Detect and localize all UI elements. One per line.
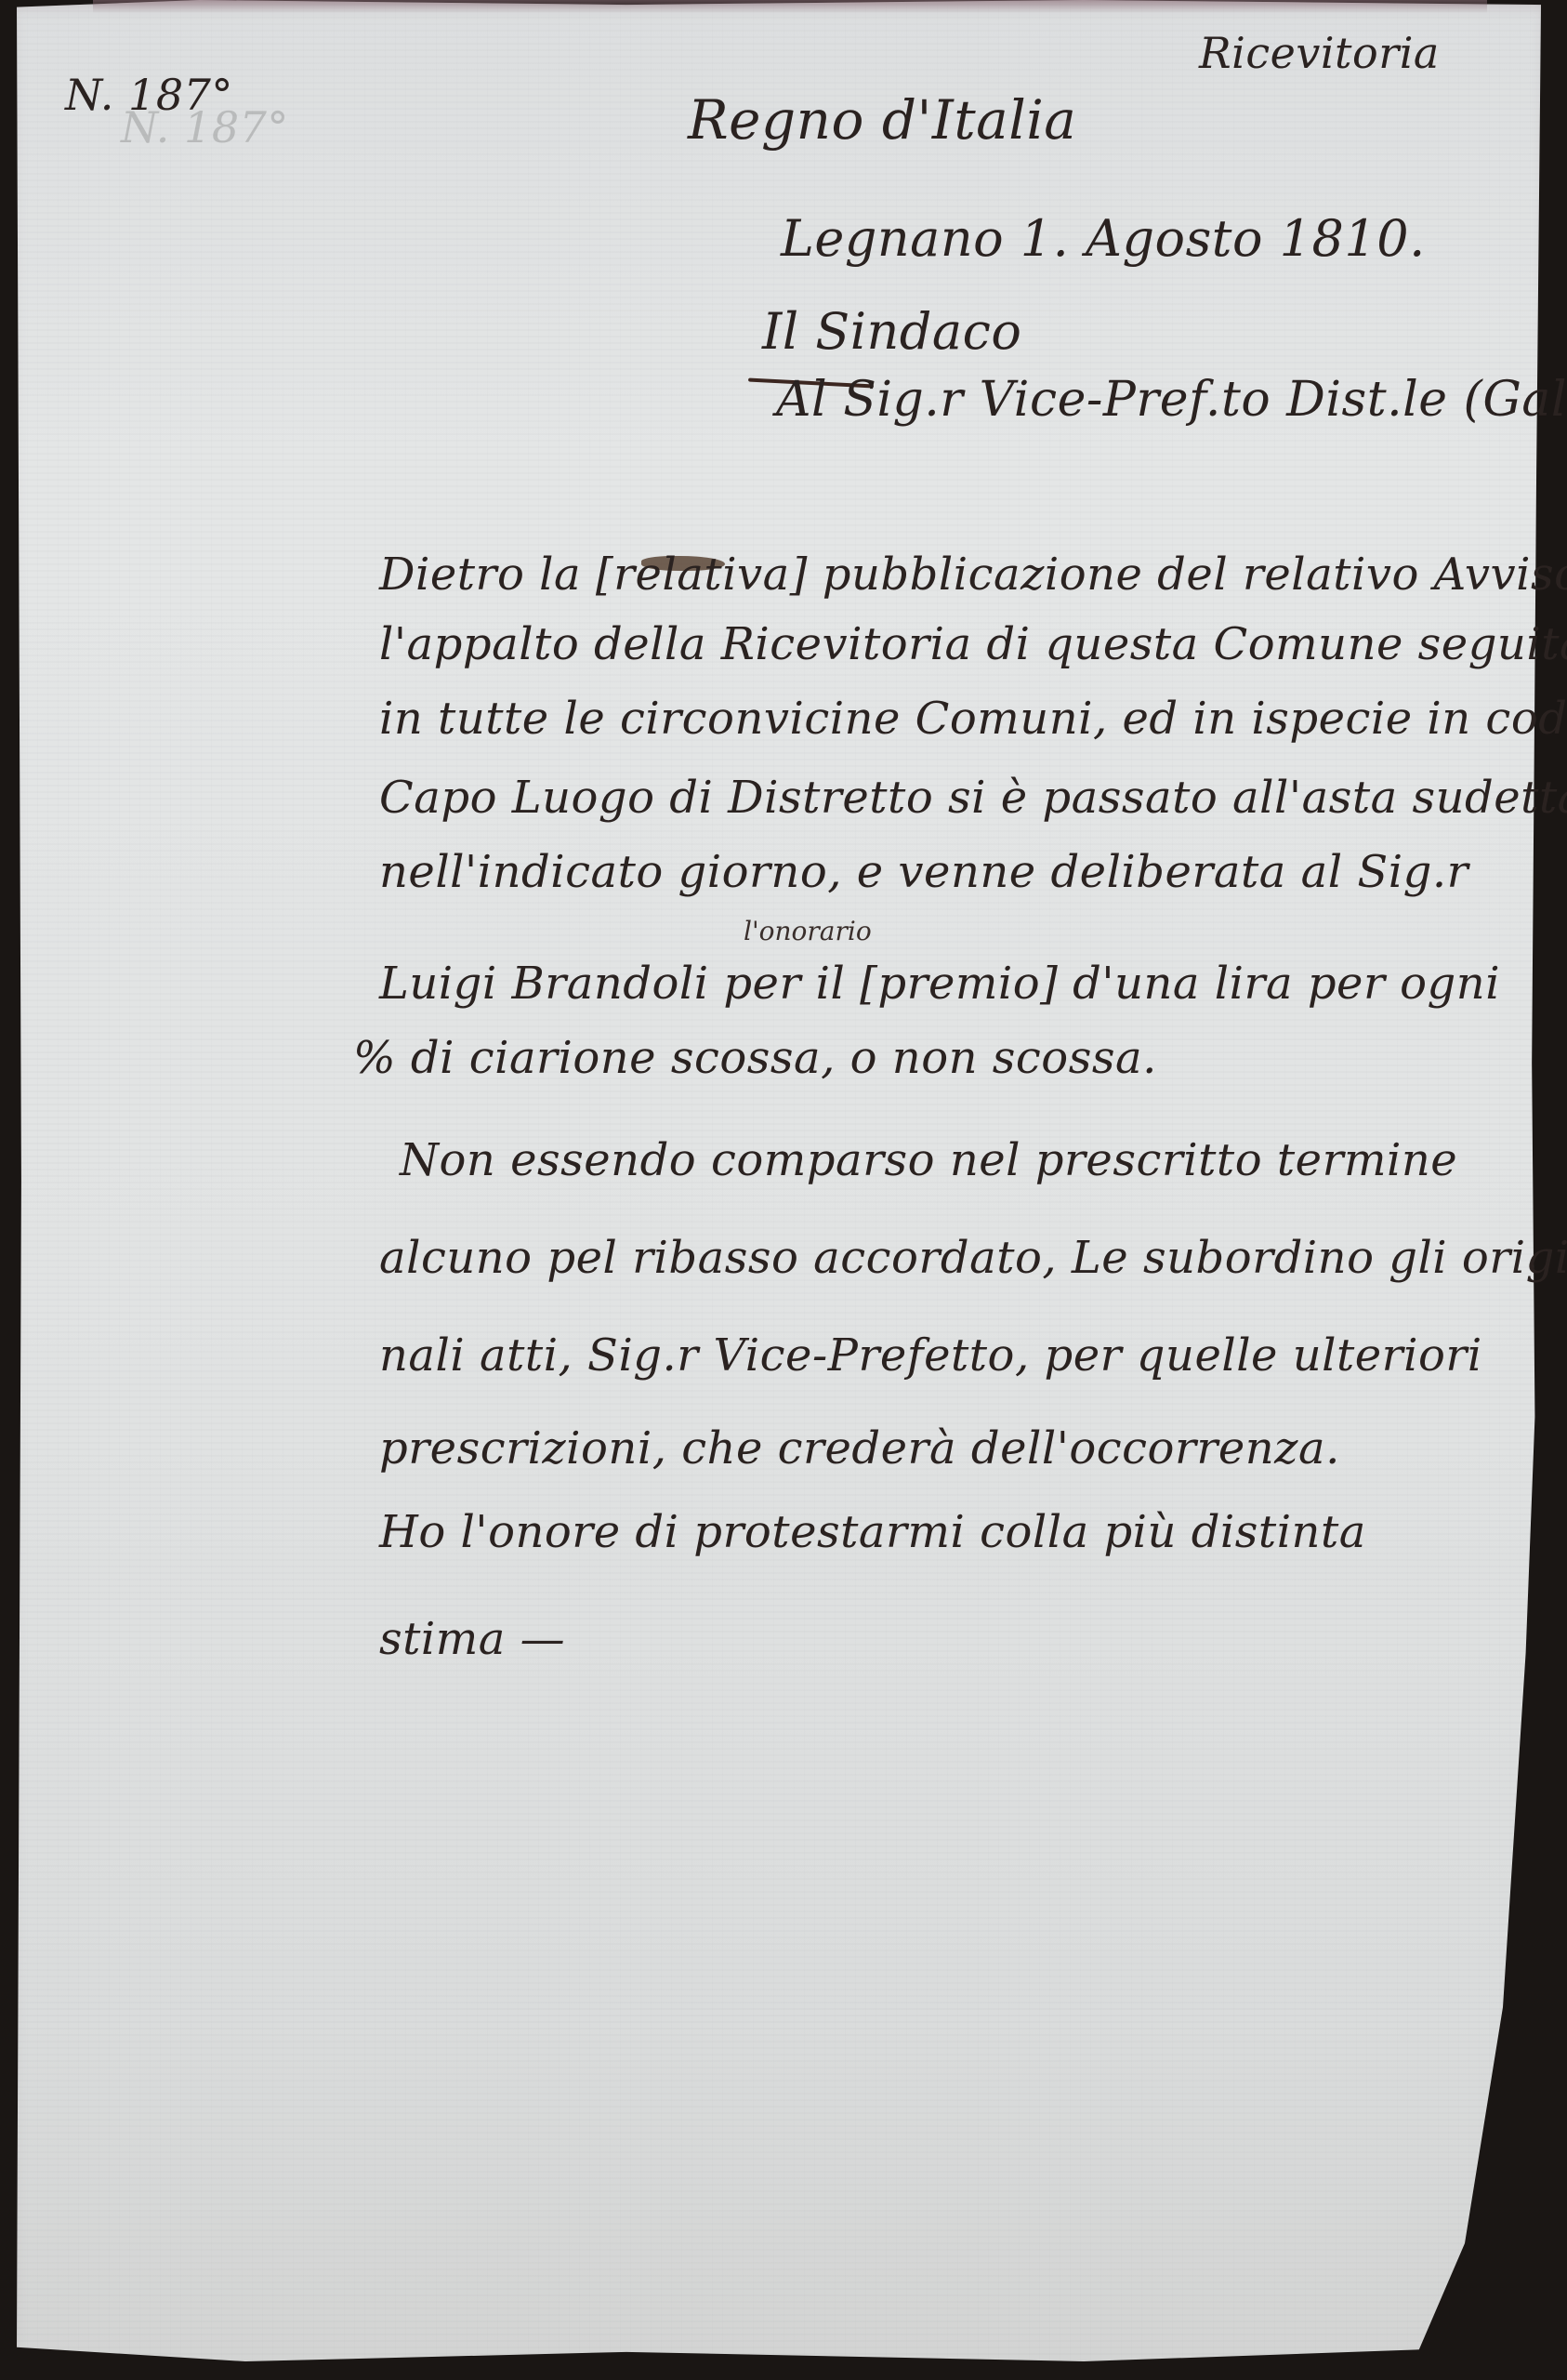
body-line-4: Capo Luogo di Distretto si è passato all…: [379, 772, 1567, 824]
body-line-6: Luigi Brandoli per il [premio] d'una lir…: [379, 958, 1500, 1010]
body-line-11: prescrizioni, che crederà dell'occorrenz…: [379, 1422, 1340, 1474]
reference-number-bleedthrough: N. 187°: [121, 102, 289, 152]
header-title: Regno d'Italia: [688, 88, 1076, 152]
paper-top-stain: [93, 0, 1487, 13]
sender-line: Il Sindaco: [762, 302, 1021, 361]
recipient-line: Al Sig.r Vice-Pref.to Dist.le (Gallarate…: [776, 372, 1567, 428]
top-right-annotation: Ricevitoria: [1199, 28, 1440, 78]
body-line-8: Non essendo comparso nel prescritto term…: [400, 1134, 1457, 1186]
body-line-12: Ho l'onore di protestarmi colla più dist…: [379, 1506, 1366, 1558]
body-line-9: alcuno pel ribasso accordato, Le subordi…: [379, 1232, 1567, 1284]
body-line-10: nali atti, Sig.r Vice-Prefetto, per quel…: [379, 1329, 1482, 1382]
body-line-7: % di ciarione scossa, o non scossa.: [353, 1032, 1157, 1084]
body-line-2: l'appalto della Ricevitoria di questa Co…: [379, 618, 1567, 670]
body-line-3: in tutte le circonvicine Comuni, ed in i…: [379, 693, 1567, 745]
scanned-document: N. 187° N. 187° Ricevitoria Regno d'Ital…: [0, 0, 1567, 2380]
body-line-5: nell'indicato giorno, e venne deliberata…: [379, 846, 1468, 898]
body-line-1: Dietro la [relativa] pubblicazione del r…: [379, 549, 1567, 601]
place-and-date: Legnano 1. Agosto 1810.: [781, 209, 1426, 268]
closing-line: stima —: [379, 1613, 565, 1665]
interlinear-insertion: l'onorario: [744, 916, 872, 946]
